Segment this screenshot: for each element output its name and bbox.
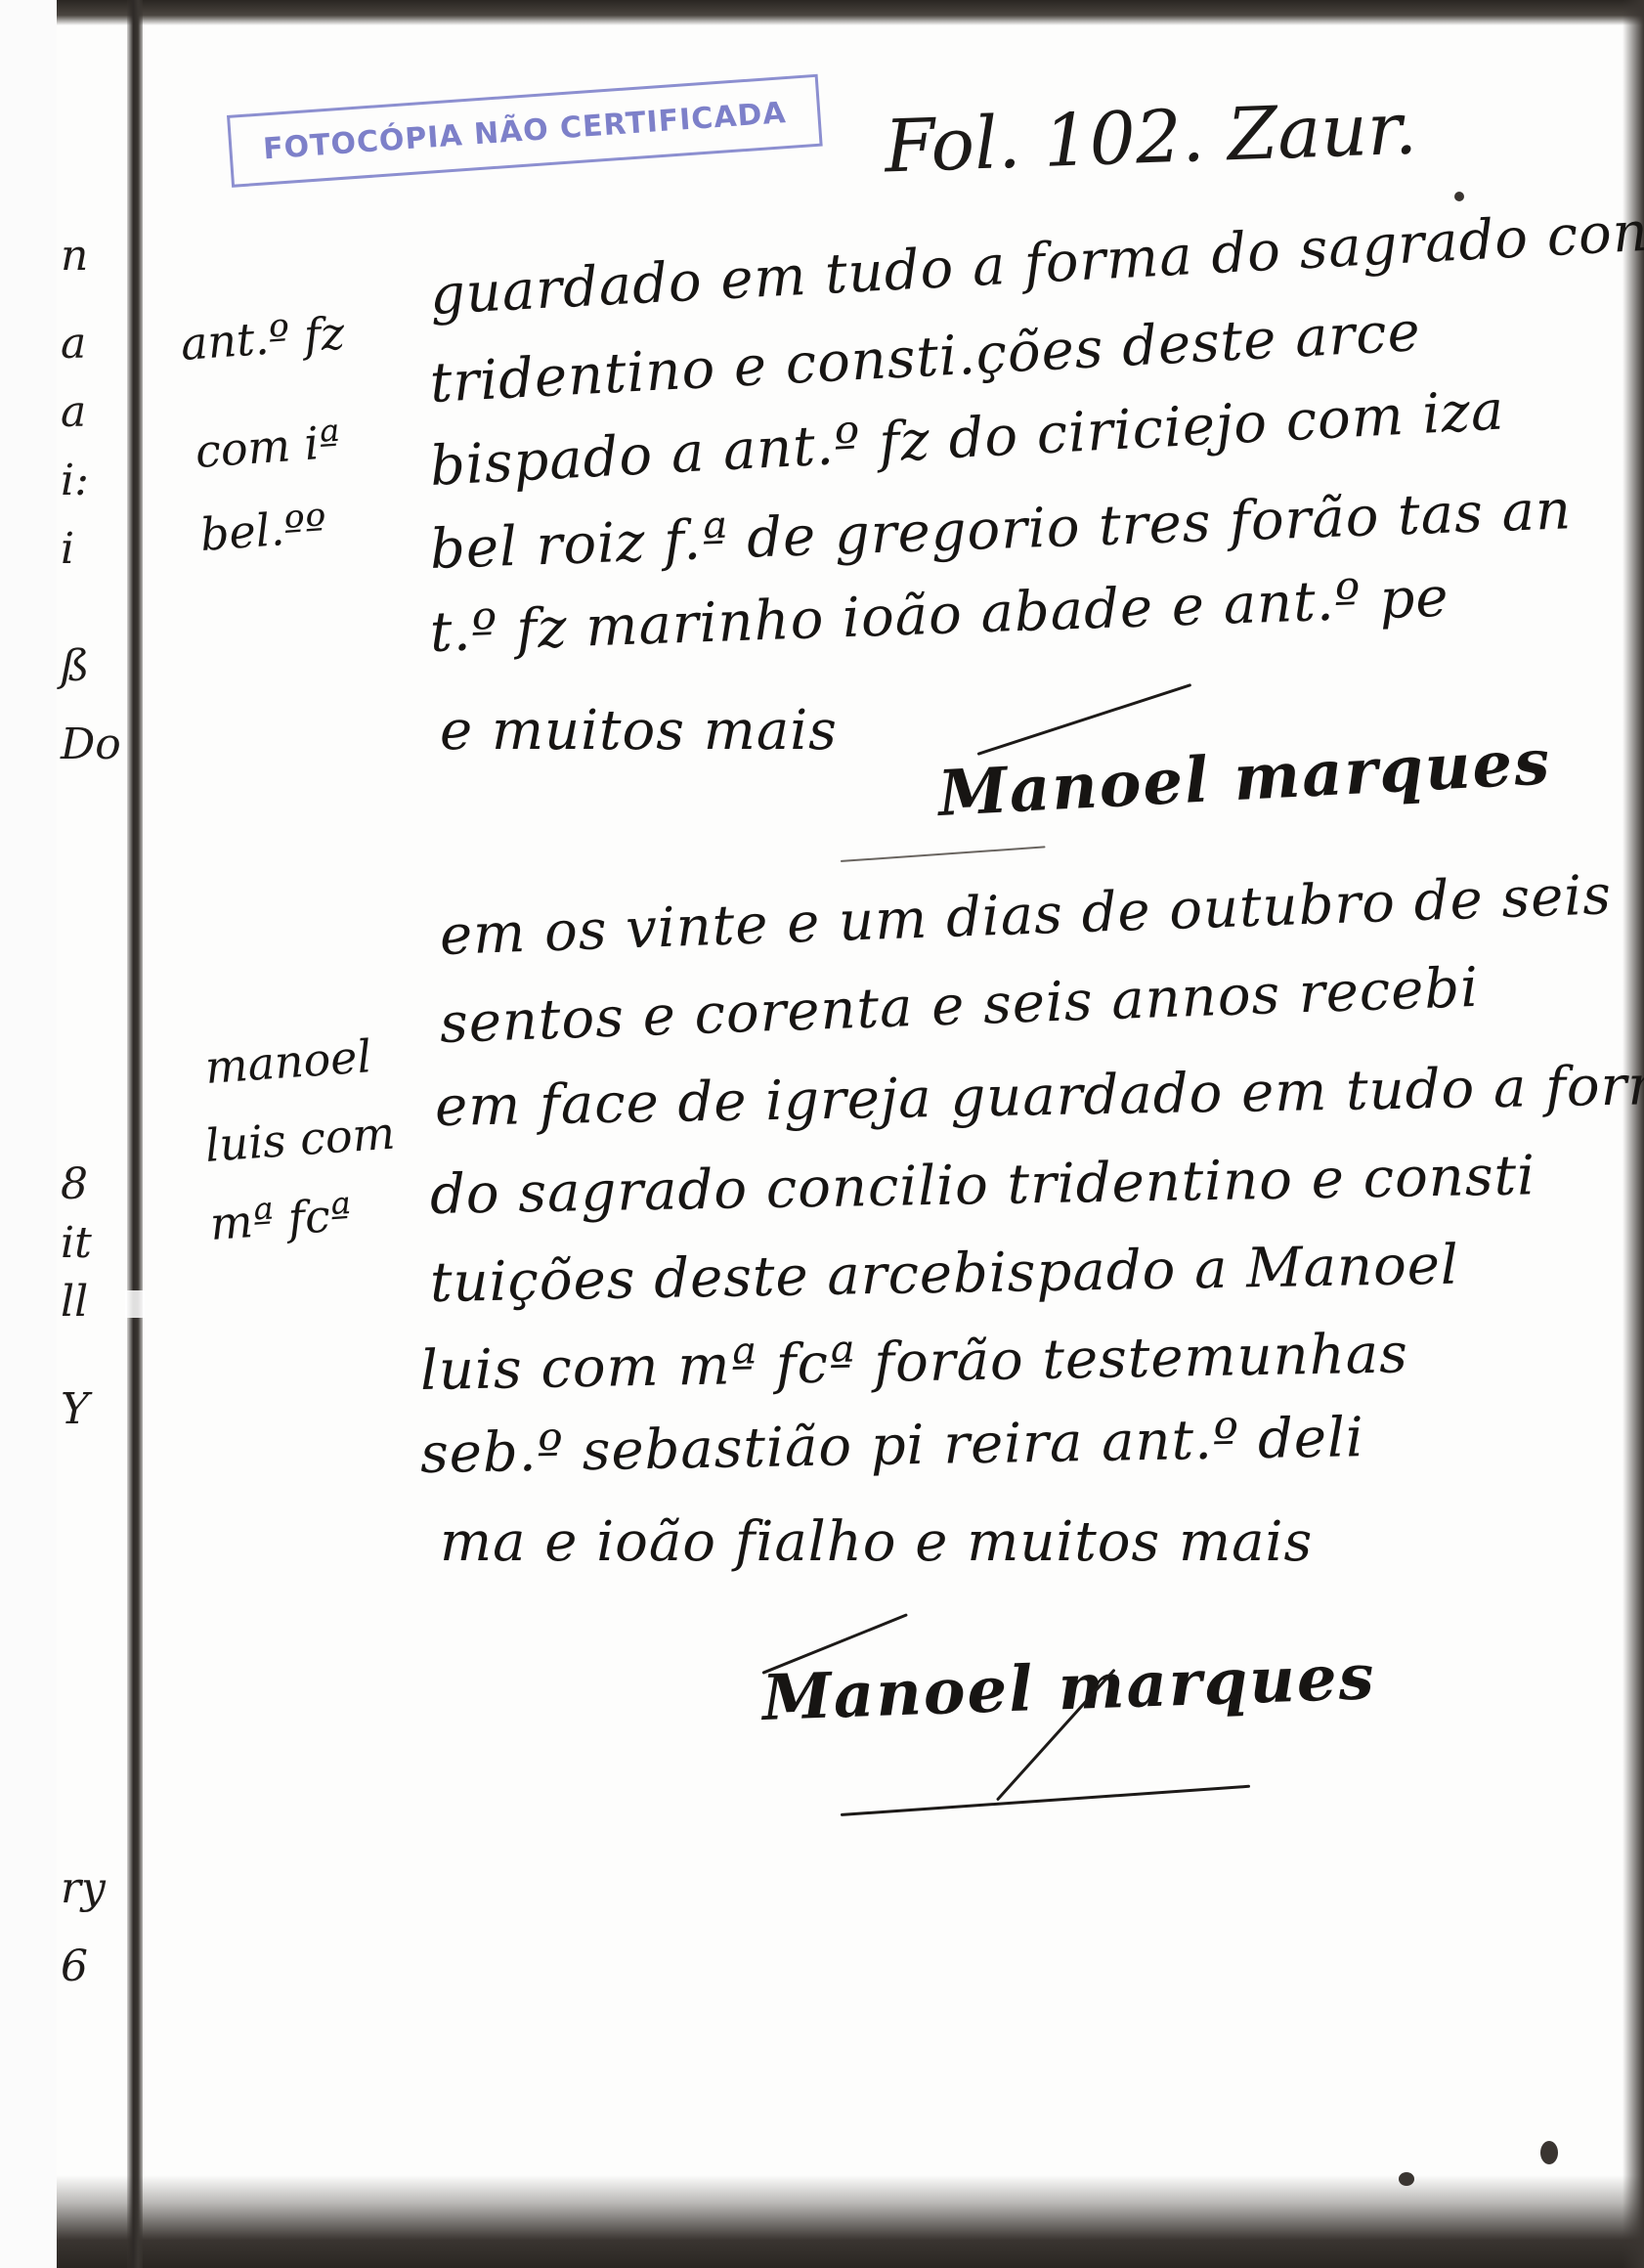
adjacent-page-fragment: ry — [61, 1867, 106, 1910]
body-line: ma e ioão fialho e muitos mais — [440, 1510, 1313, 1574]
margin-note: bel.ºº — [198, 500, 328, 561]
margin-note: mª fcª — [208, 1188, 353, 1250]
adjacent-page-fragment: i — [61, 528, 74, 571]
adjacent-page-fragment: 6 — [61, 1945, 88, 1988]
adjacent-page-fragment: ll — [61, 1281, 88, 1324]
ink-spot — [1454, 192, 1464, 201]
scan-right-shadow — [1622, 0, 1644, 2268]
adjacent-page-fragment: a — [61, 323, 86, 366]
adjacent-page-fragment: 8 — [61, 1163, 88, 1206]
ink-spot — [1540, 2141, 1558, 2164]
adjacent-page-fragment: Y — [61, 1388, 89, 1431]
scan-bottom-shadow — [57, 2175, 1644, 2268]
spine-gap — [125, 1290, 145, 1318]
margin-note: com iª — [194, 415, 342, 478]
body-line: e muitos mais — [440, 699, 838, 763]
adjacent-page-fragment: n — [61, 235, 88, 278]
scan-left-edge — [0, 0, 59, 2268]
adjacent-page-fragment: i: — [61, 459, 89, 502]
adjacent-page-fragment: a — [61, 391, 86, 434]
adjacent-page-fragment: it — [61, 1222, 92, 1265]
adjacent-page-fragment: ß — [61, 645, 89, 688]
ink-spot — [1399, 2172, 1414, 2186]
scan-top-shadow — [57, 0, 1644, 25]
adjacent-page-fragment: Do — [61, 723, 121, 766]
book-spine — [127, 0, 143, 2268]
